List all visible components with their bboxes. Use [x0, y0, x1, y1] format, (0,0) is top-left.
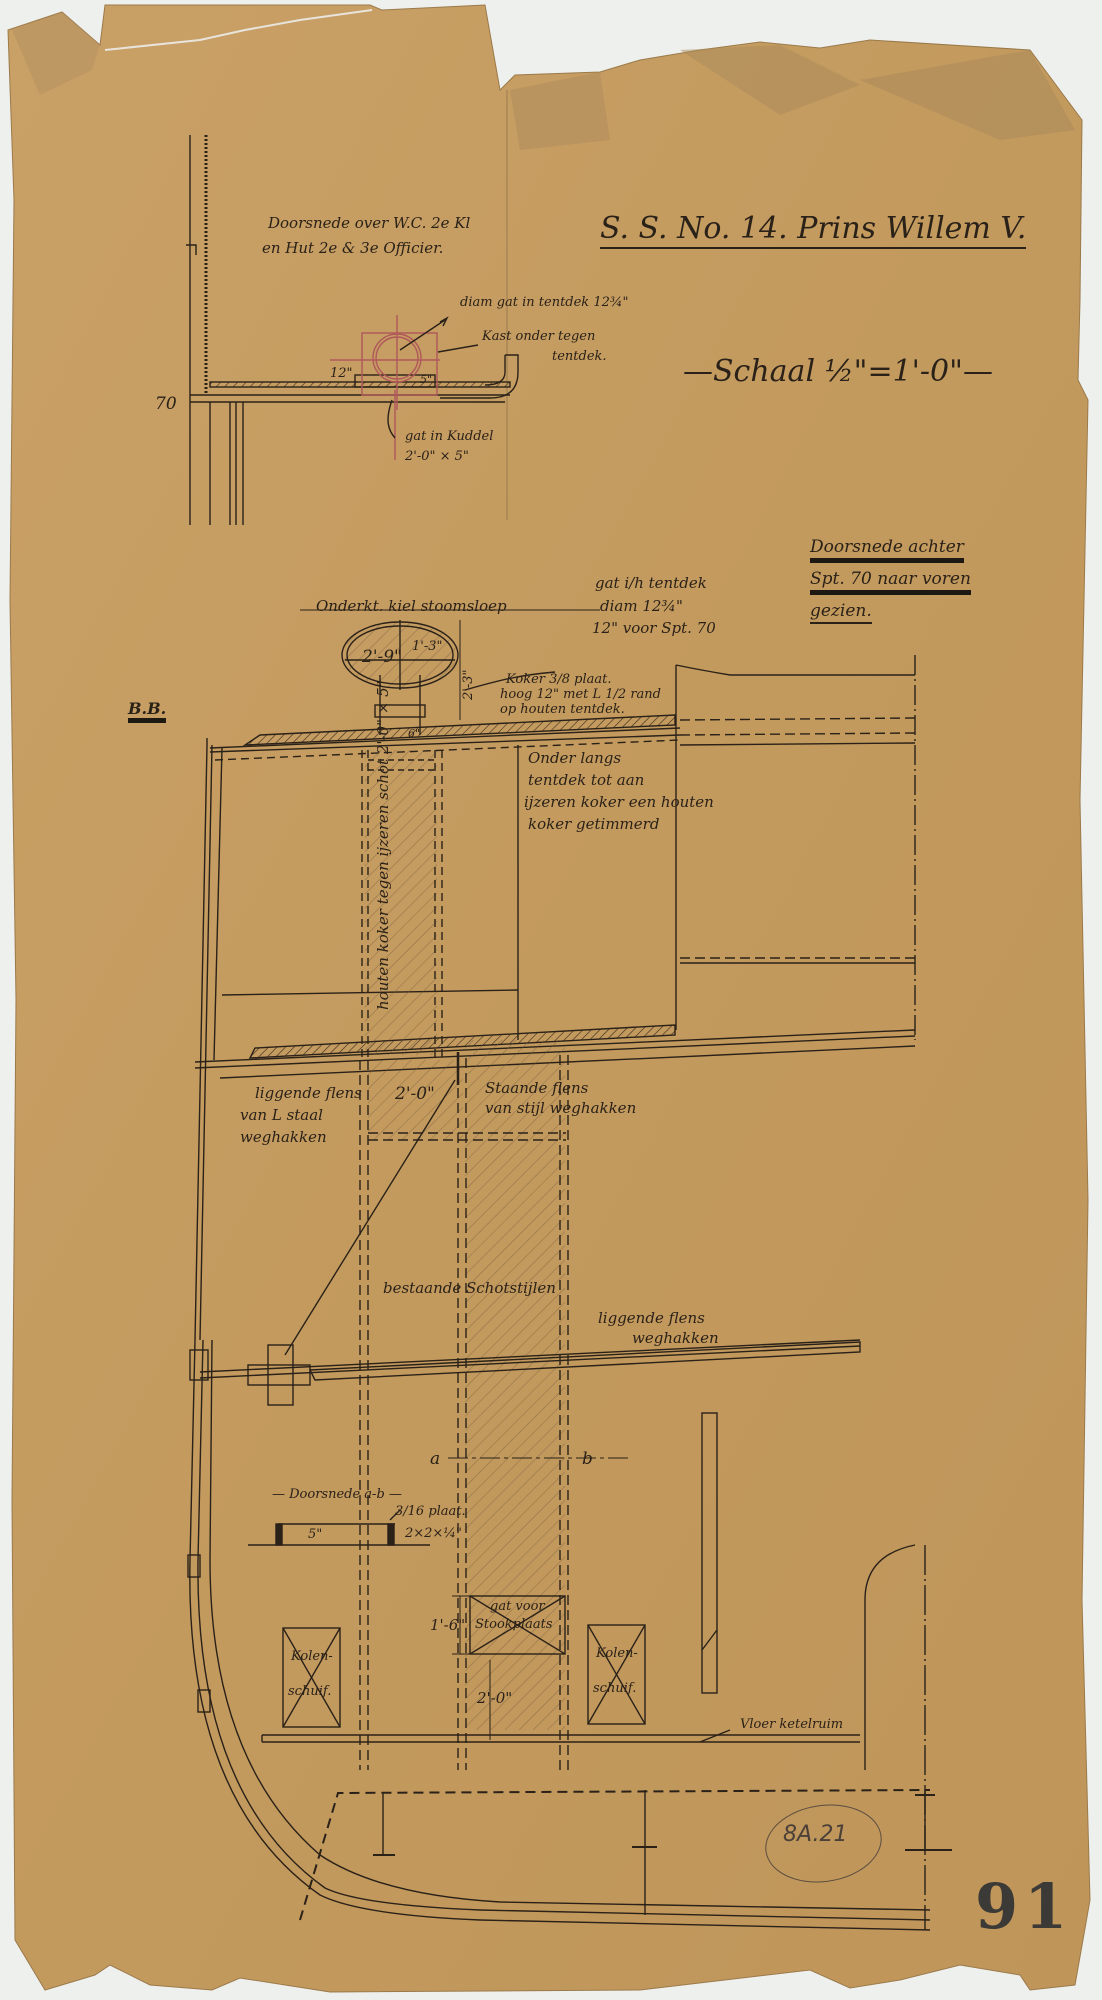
section-heading-line3: gezien. [810, 602, 872, 624]
note-liggende-flens2-line2: weghakken [632, 1330, 719, 1347]
note-onder-langs-line1: Onder langs [528, 750, 621, 767]
note-koker-line2: hoog 12" met L 1/2 rand [500, 688, 661, 703]
note-liggende-flens-line3: weghakken [240, 1129, 327, 1146]
dim-5-lower: 5" [308, 1528, 322, 1543]
dim-12: 12" [330, 367, 353, 382]
archive-ref: 8A.21 [783, 1822, 847, 1847]
section-heading-line2: Spt. 70 naar voren [810, 570, 971, 595]
sheet-number-stamp: 91 [975, 1870, 1073, 1943]
dim-5: 5" [420, 374, 432, 387]
note-angle-2x2: 2×2×¼" [405, 1527, 462, 1542]
kolenschuif-right-line2: schuif. [593, 1682, 636, 1697]
note-gat-tentdek-line2: diam 12¾" [600, 598, 683, 615]
note-stookplaats-line1: gat voor [490, 1600, 545, 1615]
note-bestaande-schotstijlen: bestaande Schotstijlen [383, 1280, 556, 1297]
note-kast-line1: Kast onder tegen [482, 330, 595, 345]
dim-vertical-2-3: 2'-3" [462, 670, 477, 701]
note-gat-kuddel-line1: gat in Kuddel [405, 430, 493, 445]
note-liggende-flens2-line1: liggende flens [598, 1310, 705, 1327]
note-koker-line1: Koker 3/8 plaat. [506, 673, 612, 688]
frame-label-70: 70 [155, 395, 177, 415]
kolenschuif-right-line1: Kolen- [596, 1647, 638, 1662]
note-gat-tentdek-line1: gat i/h tentdek [595, 575, 707, 592]
kolenschuif-left-line2: schuif. [288, 1685, 331, 1700]
dim-oval-height: 1'-3" [412, 640, 443, 655]
note-onder-langs-line4: koker getimmerd [528, 816, 659, 833]
dim-6: 6" [408, 728, 420, 741]
note-gat-tentdek-line3: 12" voor Spt. 70 [592, 620, 716, 637]
note-onderkant-kiel: Onderkt. kiel stoomsloep [316, 598, 507, 615]
note-kast-line2: tentdek. [552, 350, 607, 365]
note-liggende-flens-line2: van L staal [240, 1107, 323, 1124]
note-onder-langs-line2: tentdek tot aan [528, 772, 644, 789]
kolenschuif-left-line1: Kolen- [291, 1650, 333, 1665]
dim-oval-width: 2'-9" [362, 648, 402, 668]
dim-2-0-upper: 2'-0" [395, 1085, 435, 1105]
drawing-scale: —Schaal ½"=1'-0"— [683, 355, 993, 390]
section-mark-b: b [582, 1450, 593, 1470]
note-liggende-flens-line1: liggende flens [255, 1085, 362, 1102]
note-vloer-ketelruim: Vloer ketelruim [740, 1718, 843, 1733]
note-gat-kuddel-line2: 2'-0" × 5" [405, 450, 469, 465]
note-staande-flens-line2: van stijl weghakken [485, 1100, 636, 1117]
top-detail-heading-line2: en Hut 2e & 3e Officier. [262, 240, 443, 257]
note-houten-koker-vertical: houten koker tegen ijzeren schot 2'-0" ×… [375, 680, 392, 1010]
top-detail-heading-line1: Doorsnede over W.C. 2e Kl [268, 215, 470, 232]
dim-1-6: 1'-6" [430, 1617, 465, 1634]
section-heading-line1: Doorsnede achter [810, 538, 964, 563]
section-mark-a: a [430, 1450, 440, 1470]
note-doorsnede-ab: — Doorsnede a-b — [272, 1488, 402, 1503]
note-stookplaats-line2: Stookplaats [475, 1618, 553, 1633]
note-staande-flens-line1: Staande flens [485, 1080, 588, 1097]
label-bb: B.B. [128, 700, 166, 723]
note-diam-gat: diam gat in tentdek 12¾" [460, 296, 628, 311]
dim-2-0-lower: 2'-0" [477, 1690, 512, 1707]
note-onder-langs-line3: ijzeren koker een houten [524, 794, 714, 811]
blueprint-sheet: S. S. No. 14. Prins Willem V. —Schaal ½"… [0, 0, 1102, 2000]
drawing-title: S. S. No. 14. Prins Willem V. [600, 212, 1026, 249]
note-koker-line3: op houten tentdek. [500, 703, 625, 718]
note-plaat: 3/16 plaat. [395, 1505, 466, 1520]
